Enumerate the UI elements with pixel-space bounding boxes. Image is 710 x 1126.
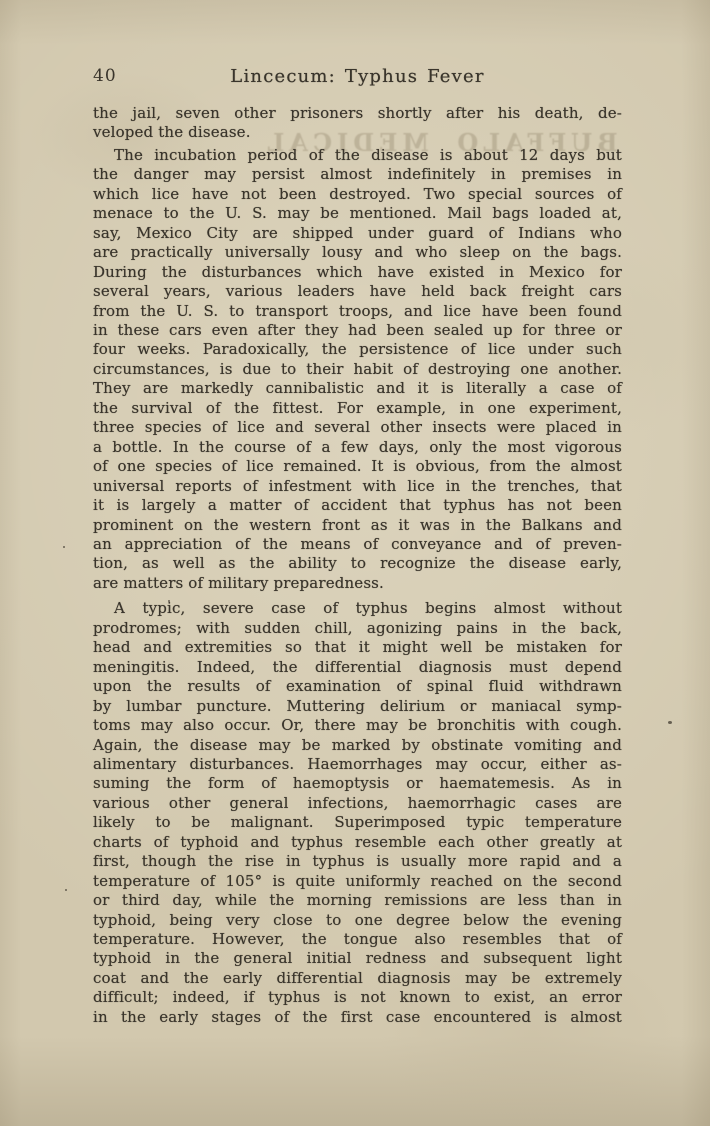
text-line: typhoid, being very close to one degree … <box>93 911 622 930</box>
text-line: likely to be malignant. Superimposed typ… <box>93 813 622 832</box>
text-line: veloped the disease. <box>93 123 622 142</box>
paragraph: A typic, severe case of typhus begins al… <box>93 599 622 1027</box>
text-line: They are markedly cannibalistic and it i… <box>93 379 622 398</box>
text-line: During the disturbances which have exist… <box>93 263 622 282</box>
text-line: tion, as well as the ability to recogniz… <box>93 554 622 573</box>
paragraph: the jail, seven other prisoners shortly … <box>93 104 622 143</box>
text-line: Again, the disease may be marked by obst… <box>93 736 622 755</box>
text-line: coat and the early differential diagnosi… <box>93 969 622 988</box>
text-line: upon the results of examination of spina… <box>93 677 622 696</box>
text-line: four weeks. Paradoxically, the persisten… <box>93 340 622 359</box>
text-line: typhoid in the general initial redness a… <box>93 949 622 968</box>
text-line: menace to the U. S. may be mentioned. Ma… <box>93 204 622 223</box>
text-line: the survival of the fittest. For example… <box>93 399 622 418</box>
running-header: 40 Lincecum: Typhus Fever <box>93 66 622 88</box>
text-line: several years, various leaders have held… <box>93 282 622 301</box>
text-line: toms may also occur. Or, there may be br… <box>93 716 622 735</box>
text-line: charts of typhoid and typhus resemble ea… <box>93 833 622 852</box>
text-line: various other general infections, haemor… <box>93 794 622 813</box>
text-line: temperature of 105° is quite uniformly r… <box>93 872 622 891</box>
paper-speck <box>668 721 672 724</box>
text-line: an appreciation of the means of conveyan… <box>93 535 622 554</box>
text-line: difficult; indeed, if typhus is not know… <box>93 988 622 1007</box>
text-line: or third day, while the morning remissio… <box>93 891 622 910</box>
text-line: circumstances, is due to their habit of … <box>93 360 622 379</box>
text-line: alimentary disturbances. Haemorrhages ma… <box>93 755 622 774</box>
text-line: in the early stages of the first case en… <box>93 1008 622 1027</box>
text-line: head and extremities so that it might we… <box>93 638 622 657</box>
text-line: a bottle. In the course of a few days, o… <box>93 438 622 457</box>
text-line: suming the form of haemoptysis or haemat… <box>93 774 622 793</box>
text-line: the danger may persist almost indefinite… <box>93 165 622 184</box>
text-line: The incubation period of the disease is … <box>93 146 622 165</box>
text-line: first, though the rise in typhus is usua… <box>93 852 622 871</box>
running-title: Lincecum: Typhus Fever <box>93 66 622 87</box>
paper-speck <box>65 889 67 891</box>
text-line: in these cars even after they had been s… <box>93 321 622 340</box>
scanned-book-page: BUFFALO MEDICAL 40 Lincecum: Typhus Feve… <box>0 0 710 1126</box>
text-line: universal reports of infestment with lic… <box>93 477 622 496</box>
text-line: are practically universally lousy and wh… <box>93 243 622 262</box>
text-line: are matters of military preparedness. <box>93 574 622 593</box>
text-line: by lumbar puncture. Muttering delirium o… <box>93 697 622 716</box>
text-line: it is largely a matter of accident that … <box>93 496 622 515</box>
text-line: which lice have not been destroyed. Two … <box>93 185 622 204</box>
text-line: three species of lice and several other … <box>93 418 622 437</box>
text-line: prominent on the western front as it was… <box>93 516 622 535</box>
text-line: say, Mexico City are shipped under guard… <box>93 224 622 243</box>
text-line: from the U. S. to transport troops, and … <box>93 302 622 321</box>
text-line: A typic, severe case of typhus begins al… <box>93 599 622 618</box>
text-block: the jail, seven other prisoners shortly … <box>93 104 622 1027</box>
text-line: prodromes; with sudden chill, agonizing … <box>93 619 622 638</box>
text-line: of one species of lice remained. It is o… <box>93 457 622 476</box>
text-line: temperature. However, the tongue also re… <box>93 930 622 949</box>
text-line: the jail, seven other prisoners shortly … <box>93 104 622 123</box>
text-line: meningitis. Indeed, the differential dia… <box>93 658 622 677</box>
paragraph: The incubation period of the disease is … <box>93 146 622 593</box>
paper-speck <box>63 546 65 548</box>
paper-speck <box>168 600 170 602</box>
